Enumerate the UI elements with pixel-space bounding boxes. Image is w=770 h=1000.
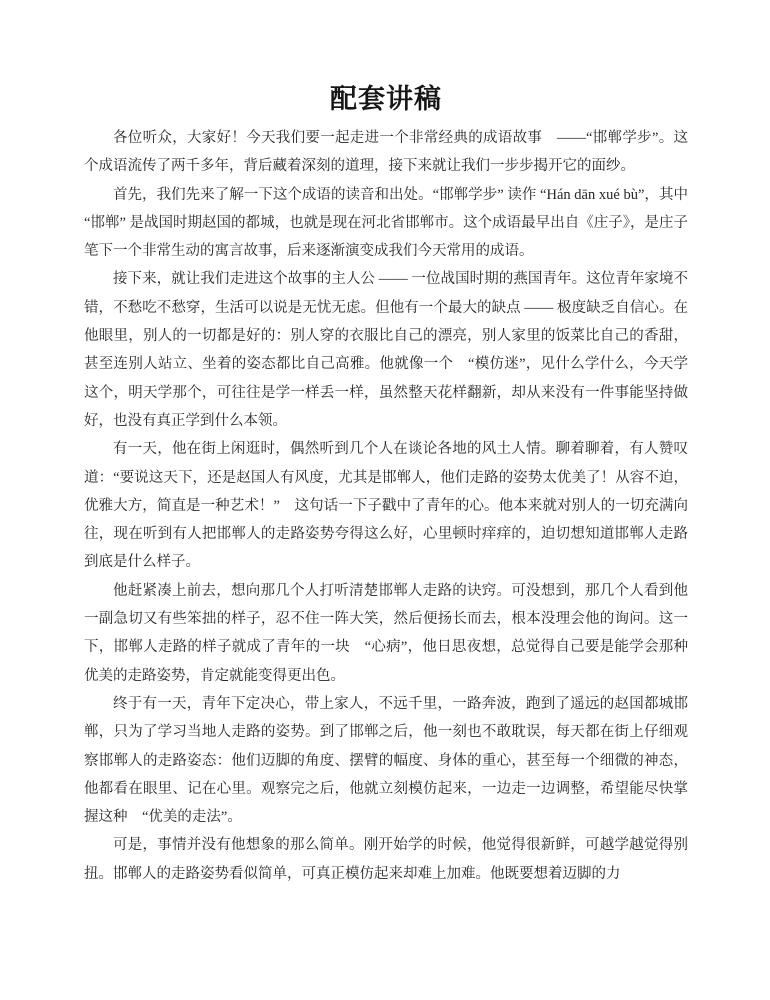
paragraph-protagonist: 接下来，就让我们走进这个故事的主人公 —— 一位战国时期的燕国青年。这位青年家境… (84, 265, 688, 435)
document-title: 配套讲稿 (84, 84, 688, 114)
paragraph-difficulty: 可是，事情并没有他想象的那么简单。刚开始学的时候，他觉得很新鲜，可越学越觉得别扭… (84, 831, 688, 888)
paragraph-obsession: 他赶紧凑上前去，想向那几个人打听清楚邯郸人走路的诀窍。可没想到，那几个人看到他一… (84, 577, 688, 690)
paragraph-pronunciation-origin: 首先，我们先来了解一下这个成语的读音和出处。“邯郸学步” 读作 “Hán dān… (84, 181, 688, 266)
paragraph-street-talk: 有一天，他在街上闲逛时，偶然听到几个人在谈论各地的风土人情。聊着聊着，有人赞叹道… (84, 435, 688, 576)
paragraph-intro: 各位听众，大家好！今天我们要一起走进一个非常经典的成语故事 ——“邯郸学步”。这… (84, 124, 688, 181)
paragraph-journey-to-handan: 终于有一天，青年下定决心，带上家人，不远千里，一路奔波，跑到了遥远的赵国都城邯郸… (84, 690, 688, 831)
document-page: 配套讲稿 各位听众，大家好！今天我们要一起走进一个非常经典的成语故事 ——“邯郸… (0, 0, 770, 1000)
